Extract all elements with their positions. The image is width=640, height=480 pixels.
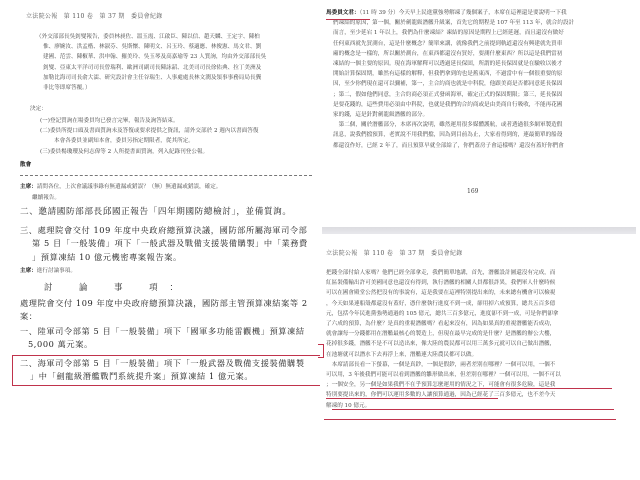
speech-line: 因，至少你們現在還可以彌補，第一，主合約商也就是中科院，他跟美商是否都同意延長保… — [326, 79, 574, 89]
chair-remark-1: 主席：請問各位，上次會議議事錄有無遺漏或錯誤？（無）無遺漏或錯誤，確定。 — [20, 182, 221, 192]
agenda-item-3-line: 」預算凍結 10 億元機密專案報告案。 — [20, 251, 308, 264]
discussion-intro: 處理院會交付 109 年度中央政府總預算決議，國防部主管預算凍結案等 2 案： — [20, 297, 308, 324]
dashed-divider — [20, 175, 312, 176]
speech-line: ，今天如果連船殼都還沒有蓋好，憑什麼執行進度不到一成，卻用掉六成預算，總共五百多… — [326, 299, 561, 309]
underlined-text: 可以用，3 年後我們可能可以看到潛艦的雛形做出來，但差別在哪裡？一個可以用，一個… — [326, 372, 561, 378]
speech-line: 任何東西就先買測台，這是什麼概念？簡單來講，就像我們之前提到軌道還沒有興建就先買… — [326, 39, 574, 49]
speech-line: 是要花錢的，這些費用必須由中科院，也就是我們的合約商或是由美商自行吸收，不能再花… — [326, 100, 574, 110]
discussion-intro-line: 案： — [20, 310, 308, 323]
speech-paragraph-1: 馬委員文君：（11 時 39 分）今天早上民進黨強勢解凍了幾個案子，本席在這裡還… — [326, 8, 574, 151]
speech-line: 第二個，關於潛艦部分，本席再次說明，雖然運用很多媒體護航，或者透過很多網軍製造假 — [326, 120, 574, 130]
highlight-underline — [370, 388, 612, 389]
highlight-underline — [332, 409, 614, 410]
chair-label: 主席： — [20, 268, 37, 274]
discussion-item-1-line: 5,000 萬元案。 — [20, 338, 305, 351]
speech-line: 凍結的一個主要的原因。現在海軍解釋可以透過延長保固，所謂的延長保固就是在驗收以後… — [326, 59, 574, 69]
agenda-item-2: 二、邀請國防部部長邱國正報告「四年期國防總檢討」，並備質詢。 — [20, 206, 292, 219]
attendance-line: 加勒比海司司長俞大㵢、研究設計會主任谷瑞生、人事處處長林文潤及領事事務局局長龔 — [36, 73, 266, 83]
chair-label: 主席： — [20, 184, 37, 190]
page-number: 169 — [467, 188, 478, 195]
speech-line: 特別要提出來的，你們可以運用多數的人讓預算通過，因為已經花了三百多億元，也不差今… — [326, 390, 561, 400]
discussion-item-2-line: 」中「劍龍級潛艦戰鬥系統提升案」預算凍結 1 億元案。 — [20, 370, 305, 383]
page-separator — [322, 227, 636, 234]
left-page: 立法院公報 第 110 卷 第 37 期 委員會紀錄 （外交部部長吳釗燮報告，委… — [0, 0, 320, 480]
speech-line: 花掉很多錢，潛艦不是不可以造出來，像大陸的農民都可以用三萬多元就可以自己做出潛艦… — [326, 339, 561, 349]
discussion-title: 討 論 事 項： — [44, 281, 190, 293]
underlined-text: 本席請部長看一下螢幕，一個是真鈔，一個是假鈔，兩者差別在哪裡？一個可以用，一個不 — [332, 362, 556, 368]
speech-line: 把錢全部付給人家嗎？他們已經全部拿走，我們簡單地講，首先，潛艦設計圖還沒有完成，… — [326, 268, 561, 278]
continue-report: 繼續報告。 — [32, 193, 60, 203]
speech-line: 馬委員文君：（11 時 39 分）今天早上民進黨強勢解凍了幾個案子，本席在這裡還… — [326, 8, 574, 18]
discussion-intro-line: 處理院會交付 109 年度中央政府總預算決議，國防部主管預算凍結案等 2 — [20, 297, 308, 310]
decisions-list: (一)登記質詢在場委員均已發言完畢，報告及詢答結束。 (二)委員所提口頭及書面質… — [40, 116, 258, 157]
speech-line: 廂的概念是一樣的，所以關於測台，在東西都還沒有買好，要測什麼東西？所以這是我們當… — [326, 49, 574, 59]
speech-line: 本席請部長看一下螢幕，一個是真鈔，一個是假鈔，兩者差別在哪裡？一個可以用，一個不 — [326, 360, 561, 370]
attendance-line: （外交部部長吳釗燮報告，委員林昶佐、溫玉霞、江啟臣、陳以信、趙天麟、王定宇、陳柏 — [36, 32, 266, 42]
chair-remark-2: 主席：進行討論事項。 — [20, 266, 76, 276]
underlined-text: 潛艦不是不可以造出來，像大陸的農民都可以用三萬多元就可以自己做出潛艦， — [360, 341, 556, 347]
speaker-underline — [326, 19, 370, 20]
page-header: 立法院公報 第 110 卷 第 37 期 委員會紀錄 — [326, 248, 463, 257]
discussion-item-2: 二、海軍司令部第 5 目「一般裝備」項下「一般武器及戰備支援裝備購製 」中「劍龍… — [20, 357, 305, 384]
underlined-text: 在池塘就可以潛水下去再浮上來，潛艦連大陸農民都可以做。 — [326, 352, 477, 358]
speech-line: 可以在國會殿堂公然把沒有的事說有，這是我要在這裡特別提出來的，未來總有機會可以檢… — [326, 288, 561, 298]
speaker-name: 馬委員文君： — [326, 10, 360, 16]
discussion-item-1-line: 一、陸軍司令部第 5 目「一般裝備」項下「國軍多功能雷觀機」預算凍結 — [20, 325, 305, 338]
right-bottom-page: 立法院公報 第 110 卷 第 37 期 委員會紀錄 把錢全部付給人家嗎？他們已… — [320, 234, 640, 480]
chair-remark-text: 請問各位，上次會議議事錄有無遺漏或錯誤？（無）無遺漏或錯誤，確定。 — [37, 184, 222, 190]
agenda-item-3: 三、處理院會交付 109 年度中央政府總預算決議，國防部所屬海軍司令部 第 5 … — [20, 224, 308, 264]
chair-remark-text: 進行討論事項。 — [37, 268, 76, 274]
speech-text: 今天早上民進黨強勢解凍了幾個案子，本席在這裡還是要說明一下我 — [399, 10, 567, 16]
page-header: 立法院公報 第 110 卷 第 37 期 委員會紀錄 — [26, 11, 163, 20]
speech-line: 訊息，說我們擋預算，老實說不用我們擋，因為到目前為止，大家看得到的，連最簡單的船… — [326, 130, 574, 140]
attendance-line: 非比等即席答覆。） — [36, 83, 266, 93]
speech-line: 可以用，3 年後我們可能可以看到潛艦的雛形做出來，但差別在哪裡？一個可以用，一個… — [326, 370, 561, 380]
agenda-item-3-line: 三、處理院會交付 109 年度中央政府總預算決議，國防部所屬海軍司令部 — [20, 224, 308, 237]
speech-line: 家的錢，這是針對劍龍級潛艦的部分。 — [326, 110, 574, 120]
attendance-block: （外交部部長吳釗燮報告，委員林昶佐、溫玉霞、江啟臣、陳以信、趙天麟、王定宇、陳柏… — [36, 32, 266, 93]
speech-line: 元，包括今年民進黨強勢通過的 105 億元，總共三百多億元，進度卻不到一成，可是… — [326, 309, 561, 319]
decision-item: 本會各委員並副知本會，委員另指定期限者，從其所定。 — [40, 136, 258, 146]
speech-continuation: 把錢全部付給人家嗎？他們已經全部拿走，我們簡單地講，首先，潛艦設計圖還沒有完成，… — [326, 268, 561, 411]
decision-item: (一)登記質詢在場委員均已發言完畢，報告及詢答結束。 — [40, 116, 258, 126]
speech-line: 就會讓每一分錢都用在潛艦最核心的製造上，但現在最早完成的是什麼？是潛艦的辦公大樓… — [326, 329, 561, 339]
speech-text: 花掉很多錢， — [326, 341, 360, 347]
speech-line: 開始計算保固期，雖然有這樣的解釋，但我們拿到的也是舊東西，不過當中有一個很重要的… — [326, 69, 574, 79]
highlight-underline — [324, 419, 616, 420]
speech-line: 了六成的預算，為什麼？是真的重視潛艦嗎？看起來沒有，因為如果真的重視潛艦能否成功… — [326, 319, 561, 329]
speech-line: 在池塘就可以潛水下去再浮上來，潛艦連大陸農民都可以做。 — [326, 350, 561, 360]
highlight-box-edge — [318, 344, 324, 358]
attendance-line: 釗燮、亞東太平洋司司長曾瑞利、歐洲司副司長陳詠韶、北美司司長徐佑典、拉丁美洲及 — [36, 63, 266, 73]
decision-item: (二)委員所提口頭及書面質詢未及答復或要求提供之資訊，請外交部於 2 週內以書面… — [40, 126, 258, 136]
highlight-underline — [326, 398, 498, 399]
discussion-item-2-line: 二、海軍司令部第 5 目「一般裝備」項下「一般武器及戰備支援裝備購製 — [20, 357, 305, 370]
speech-line: 而言，至少延宕 1 年以上，我們為什麼凍結？凍結的原因是期程上已經延遲，而且還沒… — [326, 28, 574, 38]
speech-line: 都還沒作好，已經 2 年了，而且預算早就全部給了，你們蓋房子會這樣嗎？還沒有蓋好… — [326, 141, 574, 151]
section-heading-adjourn: 散會 — [20, 160, 31, 170]
agenda-item-3-line: 第 5 目「一般裝備」項下「一般武器及戰備支援裝備購製」中「業務費 — [20, 237, 308, 250]
decision-item: (三)委員楊瓊瓔及何志偉等 2 人所提書面質詢，列入紀錄刊登公報。 — [40, 147, 258, 157]
speech-line: 紅區裝備輸出許可美國同意也還沒有得到，執行潛艦的相關人員都很詐異，我們軍人什麼時… — [326, 278, 561, 288]
attendance-line: 惟、廖婉汝、洪孟楷、林淑芬、吳斯懷、陳明文、呂玉玲、蔡適應、林俊憲、馬文君、劉 — [36, 42, 266, 52]
decision-label: 決定： — [30, 104, 47, 114]
right-top-page: 馬委員文君：（11 時 39 分）今天早上民進黨強勢解凍了幾個案子，本席在這裡還… — [320, 0, 640, 228]
speech-timestamp: （11 時 39 分） — [360, 10, 399, 16]
discussion-item-1: 一、陸軍司令部第 5 目「一般裝備」項下「國軍多功能雷觀機」預算凍結 5,000… — [20, 325, 305, 352]
attendance-line: 建國、范雲、陳椒華、洪申翰、羅美玲、吳玉琴及高嘉瑜等 23 人質詢，均由外交部部… — [36, 52, 266, 62]
speech-line: ；第二，假如他們同意，主合約商必須正式發函海軍，確定正式的保固期限；第三，延長保… — [326, 90, 574, 100]
